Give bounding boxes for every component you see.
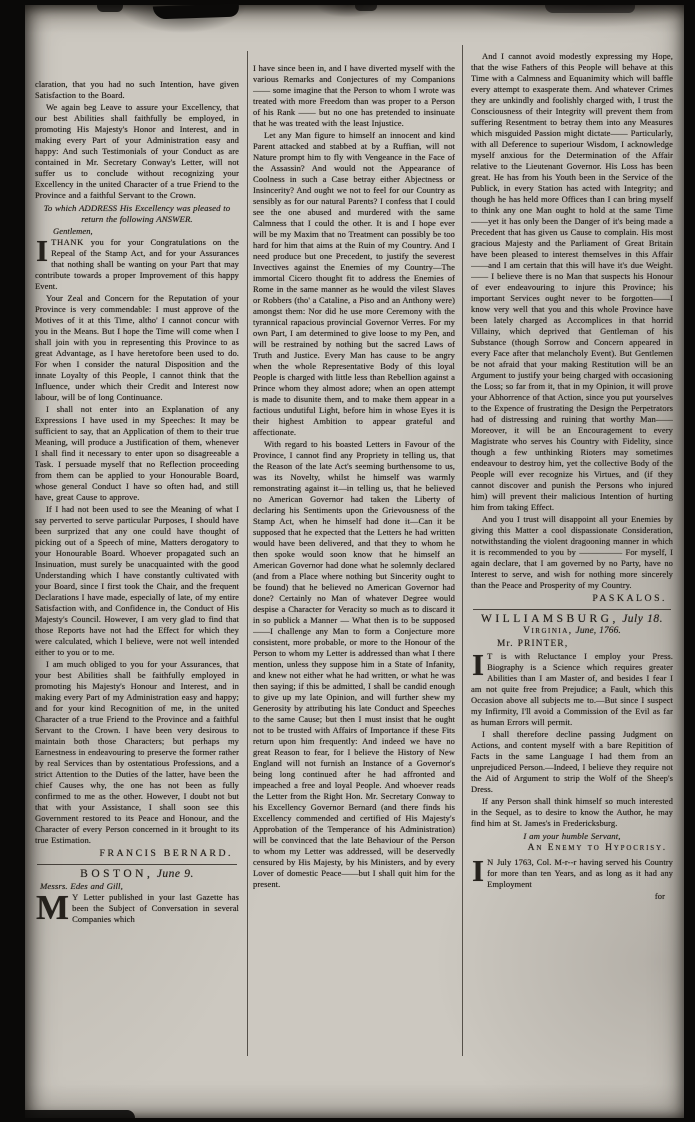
humble-servant-line: I am your humble Servant,: [471, 831, 673, 842]
paragraph-dropcap: ITHANK you for your Congratulations on t…: [35, 237, 239, 292]
address-answer-line: To which ADDRESS His Excellency was plea…: [35, 203, 239, 225]
paragraph-text: July 1763, Col. M-r--r having served his…: [487, 857, 673, 889]
paragraph: We again beg Leave to assure your Excell…: [35, 102, 239, 201]
dateline-date: June, 1766.: [576, 626, 621, 636]
drop-capital: I: [35, 237, 51, 264]
catchword: for: [471, 891, 673, 902]
paragraph: With regard to his boasted Letters in Fa…: [253, 439, 455, 890]
signature-enemy-to-hypocrisy: An Enemy to Hypocrisy.: [471, 843, 667, 854]
paragraph: If any Person shall think himself so muc…: [471, 796, 673, 829]
column-right: And I cannot avoid modestly expressing m…: [471, 5, 673, 1118]
paragraph: Let any Man figure to himself an innocen…: [253, 130, 455, 438]
dateline-place: BOSTON,: [80, 868, 153, 880]
section-rule: [37, 864, 237, 865]
printer-salutation: Mr. PRINTER,: [471, 639, 673, 650]
lead-word: THANK: [51, 237, 84, 247]
drop-capital: I: [471, 857, 487, 884]
paragraph-dropcap: IT is with Reluctance I employ your Pres…: [471, 651, 673, 728]
paragraph: Your Zeal and Concern for the Reputation…: [35, 293, 239, 403]
column-middle: I have since been in, and I have diverte…: [253, 5, 455, 1118]
paragraph-dropcap: MY Letter published in your last Gazette…: [35, 892, 239, 925]
paragraph: I am much obliged to you for your Assura…: [35, 659, 239, 846]
paragraph: claration, that you had no such Intentio…: [35, 79, 239, 101]
paragraph: And you I trust will disappoint all your…: [471, 514, 673, 591]
drop-capital: I: [471, 651, 487, 678]
paragraph: I shall not enter into an Explanation of…: [35, 404, 239, 503]
columns: claration, that you had no such Intentio…: [25, 5, 684, 1118]
dateline-boston: BOSTON, June 9.: [35, 869, 239, 880]
paragraph-dropcap: IN July 1763, Col. M-r--r having served …: [471, 857, 673, 890]
lead-word: N: [487, 857, 494, 867]
dateline-place: WILLIAMSBURG,: [481, 613, 619, 625]
newspaper-scan: { "colors": { "paper": "#ccc8c0", "ink":…: [0, 0, 695, 1122]
dateline-place: Virginia,: [523, 626, 573, 636]
dateline-date: June 9.: [157, 868, 194, 880]
dateline-williamsburg: WILLIAMSBURG, July 18.: [471, 614, 673, 625]
paragraph: If I had not been used to see the Meanin…: [35, 504, 239, 658]
dateline-virginia: Virginia, June, 1766.: [471, 626, 673, 637]
lead-word: T: [487, 651, 493, 661]
paragraph-text: is with Reluctance I employ your Press. …: [471, 651, 673, 727]
paragraph: And I cannot avoid modestly expressing m…: [471, 51, 673, 513]
newspaper-page: claration, that you had no such Intentio…: [25, 5, 684, 1118]
lead-word: Y: [72, 892, 79, 902]
paragraph: I shall therefore decline passing Judgme…: [471, 729, 673, 795]
signature-francis-bernard: FRANCIS BERNARD.: [35, 848, 233, 859]
signature-paskalos: PASKALOS.: [471, 593, 667, 604]
column-left: claration, that you had no such Intentio…: [35, 5, 239, 1118]
addressee-edes-gill: Messrs. Edes and Gill,: [35, 881, 239, 892]
section-rule: [473, 609, 671, 610]
paragraph-text: Letter published in your last Gazette ha…: [72, 892, 239, 924]
drop-capital: M: [35, 892, 72, 922]
salutation-gentlemen: Gentlemen,: [35, 226, 239, 237]
paragraph: I have since been in, and I have diverte…: [253, 63, 455, 129]
dateline-date: July 18.: [622, 613, 663, 625]
